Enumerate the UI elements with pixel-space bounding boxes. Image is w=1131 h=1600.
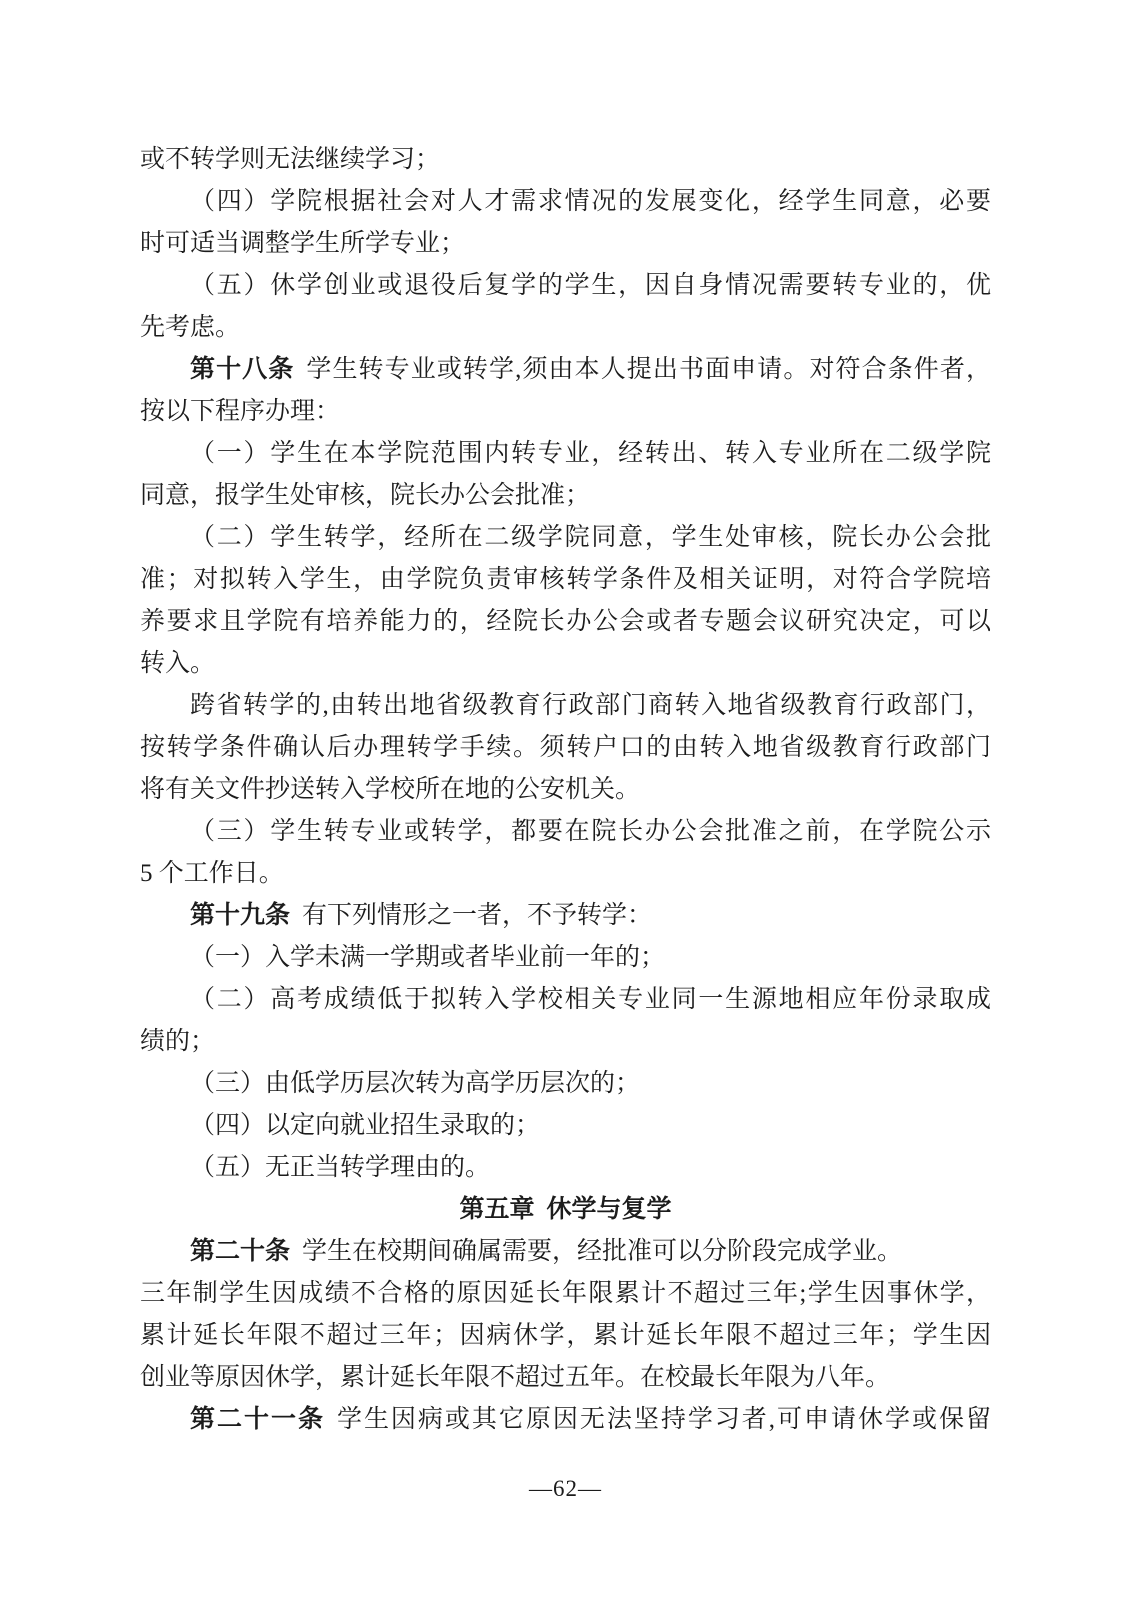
chapter-heading: 第五章休学与复学 xyxy=(140,1189,991,1231)
line-text: 先考虑。 xyxy=(140,314,240,341)
document-line: （二）高考成绩低于拟转入学校相关专业同一生源地相应年份录取成 xyxy=(140,979,991,1021)
article-number: 第十九条 xyxy=(190,902,290,929)
document-line: （四）学院根据社会对人才需求情况的发展变化，经学生同意，必要 xyxy=(140,181,991,223)
article-number: 第二十条 xyxy=(190,1238,290,1265)
document-line: 绩的； xyxy=(140,1021,991,1063)
document-line: 累计延长年限不超过三年；因病休学，累计延长年限不超过三年；学生因 xyxy=(140,1315,991,1357)
document-line: （五）休学创业或退役后复学的学生，因自身情况需要转专业的，优 xyxy=(140,265,991,307)
document-page: { "page": { "background": "#ffffff", "te… xyxy=(0,0,1131,1600)
document-line: 时可适当调整学生所学专业； xyxy=(140,223,991,265)
document-line: 跨省转学的,由转出地省级教育行政部门商转入地省级教育行政部门， xyxy=(140,685,991,727)
line-text: 学生转专业或转学,须由本人提出书面申请。对符合条件者， xyxy=(306,356,991,383)
line-text: 累计延长年限不超过三年；因病休学，累计延长年限不超过三年；学生因 xyxy=(140,1322,991,1349)
document-line: 同意，报学生处审核，院长办公会批准； xyxy=(140,475,991,517)
document-line: 准；对拟转入学生，由学院负责审核转学条件及相关证明，对符合学院培 xyxy=(140,559,991,601)
document-body: 或不转学则无法继续学习；（四）学院根据社会对人才需求情况的发展变化，经学生同意，… xyxy=(140,139,991,1441)
article-number: 第二十一条 xyxy=(190,1406,325,1433)
line-text: 时可适当调整学生所学专业； xyxy=(140,230,465,257)
document-line: 养要求且学院有培养能力的，经院长办公会或者专题会议研究决定，可以 xyxy=(140,601,991,643)
line-text: 准；对拟转入学生，由学院负责审核转学条件及相关证明，对符合学院培 xyxy=(140,566,991,593)
line-text: （三）学生转专业或转学，都要在院长办公会批准之前，在学院公示 xyxy=(190,818,991,845)
line-text: （四）学院根据社会对人才需求情况的发展变化，经学生同意，必要 xyxy=(190,188,991,215)
line-text: （一）学生在本学院范围内转专业，经转出、转入专业所在二级学院 xyxy=(190,440,991,467)
document-line: 创业等原因休学，累计延长年限不超过五年。在校最长年限为八年。 xyxy=(140,1357,991,1399)
chapter-number: 第五章 xyxy=(459,1196,534,1223)
line-text: 绩的； xyxy=(140,1028,215,1055)
line-text: 三年制学生因成绩不合格的原因延长年限累计不超过三年;学生因事休学， xyxy=(140,1280,991,1307)
line-text: （一）入学未满一学期或者毕业前一年的； xyxy=(190,944,665,971)
document-line: 转入。 xyxy=(140,643,991,685)
line-text: 或不转学则无法继续学习； xyxy=(140,146,440,173)
chapter-title: 休学与复学 xyxy=(547,1196,672,1223)
line-text: 有下列情形之一者，不予转学： xyxy=(302,902,652,929)
document-line: 第十八条学生转专业或转学,须由本人提出书面申请。对符合条件者， xyxy=(140,349,991,391)
line-text: 跨省转学的,由转出地省级教育行政部门商转入地省级教育行政部门， xyxy=(190,692,991,719)
line-text: 同意，报学生处审核，院长办公会批准； xyxy=(140,482,590,509)
document-line: 先考虑。 xyxy=(140,307,991,349)
line-text: 按转学条件确认后办理转学手续。须转户口的由转入地省级教育行政部门 xyxy=(140,734,991,761)
line-text: 按以下程序办理： xyxy=(140,398,340,425)
document-line: 5 个工作日。 xyxy=(140,853,991,895)
document-line: 或不转学则无法继续学习； xyxy=(140,139,991,181)
document-line: 第十九条有下列情形之一者，不予转学： xyxy=(140,895,991,937)
document-line: 第二十一条学生因病或其它原因无法坚持学习者,可申请休学或保留 xyxy=(140,1399,991,1441)
document-line: 第二十条学生在校期间确属需要，经批准可以分阶段完成学业。 xyxy=(140,1231,991,1273)
line-text: （二）高考成绩低于拟转入学校相关专业同一生源地相应年份录取成 xyxy=(190,986,991,1013)
line-text: （三）由低学历层次转为高学历层次的； xyxy=(190,1070,640,1097)
line-text: （二）学生转学，经所在二级学院同意，学生处审核，院长办公会批 xyxy=(190,524,991,551)
document-line: （一）学生在本学院范围内转专业，经转出、转入专业所在二级学院 xyxy=(140,433,991,475)
article-number: 第十八条 xyxy=(190,356,294,383)
line-text: 学生因病或其它原因无法坚持学习者,可申请休学或保留 xyxy=(337,1406,991,1433)
line-text: 将有关文件抄送转入学校所在地的公安机关。 xyxy=(140,776,640,803)
document-line: （四）以定向就业招生录取的； xyxy=(140,1105,991,1147)
line-text: （五）休学创业或退役后复学的学生，因自身情况需要转专业的，优 xyxy=(190,272,991,299)
line-text: （五）无正当转学理由的。 xyxy=(190,1154,490,1181)
line-text: 学生在校期间确属需要，经批准可以分阶段完成学业。 xyxy=(302,1238,902,1265)
document-line: （三）由低学历层次转为高学历层次的； xyxy=(140,1063,991,1105)
line-text: 5 个工作日。 xyxy=(140,860,284,887)
document-line: （三）学生转专业或转学，都要在院长办公会批准之前，在学院公示 xyxy=(140,811,991,853)
document-line: 按以下程序办理： xyxy=(140,391,991,433)
document-line: （五）无正当转学理由的。 xyxy=(140,1147,991,1189)
line-text: 创业等原因休学，累计延长年限不超过五年。在校最长年限为八年。 xyxy=(140,1364,890,1391)
document-line: （一）入学未满一学期或者毕业前一年的； xyxy=(140,937,991,979)
line-text: 转入。 xyxy=(140,650,215,677)
document-line: （二）学生转学，经所在二级学院同意，学生处审核，院长办公会批 xyxy=(140,517,991,559)
document-line: 将有关文件抄送转入学校所在地的公安机关。 xyxy=(140,769,991,811)
document-line: 按转学条件确认后办理转学手续。须转户口的由转入地省级教育行政部门 xyxy=(140,727,991,769)
document-line: 三年制学生因成绩不合格的原因延长年限累计不超过三年;学生因事休学， xyxy=(140,1273,991,1315)
line-text: 养要求且学院有培养能力的，经院长办公会或者专题会议研究决定，可以 xyxy=(140,608,991,635)
line-text: （四）以定向就业招生录取的； xyxy=(190,1112,540,1139)
page-number: —62— xyxy=(0,1474,1131,1504)
